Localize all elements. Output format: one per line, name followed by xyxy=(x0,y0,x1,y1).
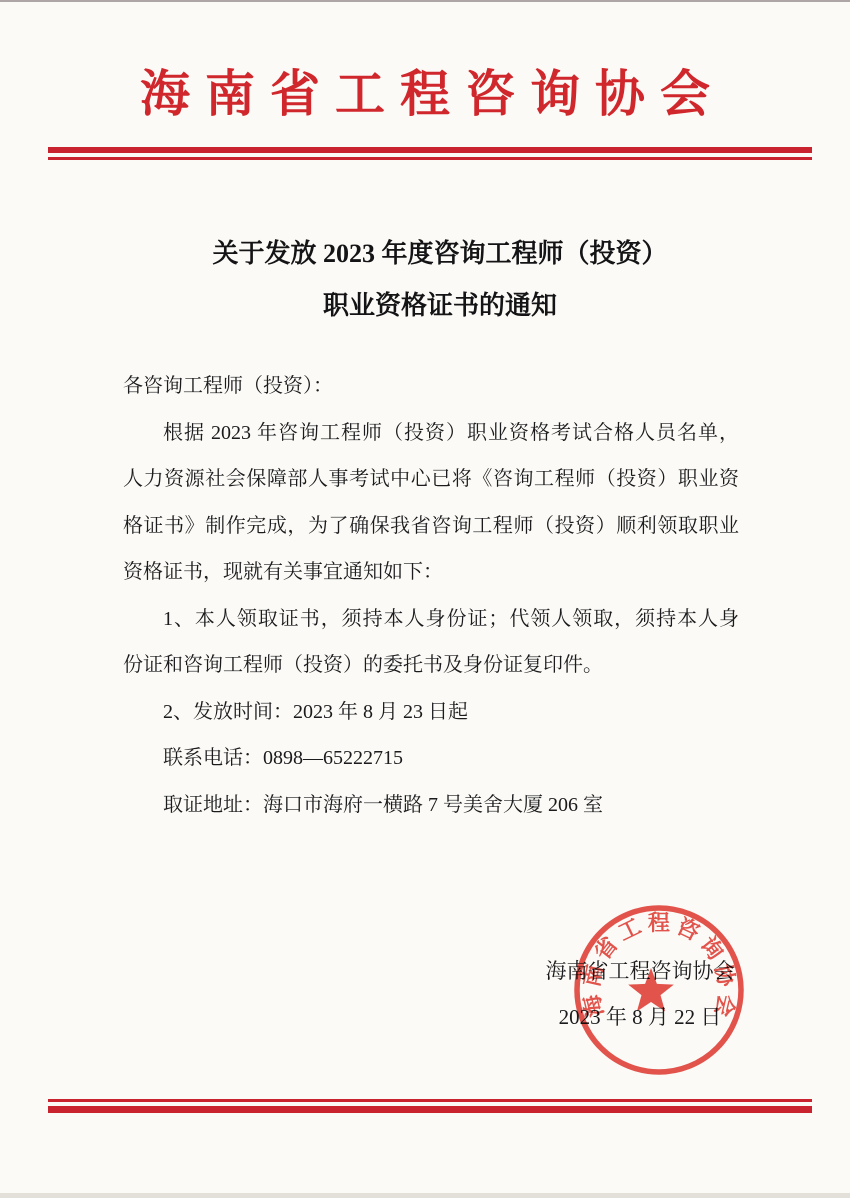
letterhead-org-name: 海南省工程咨询协会 xyxy=(0,58,850,130)
document-title-line2: 职业资格证书的通知 xyxy=(20,280,850,332)
body-line: 格证书》制作完成，为了确保我省咨询工程师（投资）顺利领取职业 xyxy=(123,503,739,550)
red-star-icon xyxy=(628,968,674,1011)
document-title-line1: 关于发放 2023 年度咨询工程师（投资） xyxy=(20,228,850,280)
scan-edge-bottom xyxy=(0,1193,850,1198)
scanned-notice-page: 海南省工程咨询协会 关于发放 2023 年度咨询工程师（投资） 职业资格证书的通… xyxy=(0,0,850,1198)
body-line: 根据 2023 年咨询工程师（投资）职业资格考试合格人员名单， xyxy=(123,410,739,457)
body-line: 资格证书，现就有关事宜通知如下： xyxy=(123,549,739,596)
body-line: 2、发放时间：2023 年 8 月 23 日起 xyxy=(123,689,739,736)
document-title: 关于发放 2023 年度咨询工程师（投资） 职业资格证书的通知 xyxy=(20,228,850,332)
body-line: 取证地址：海口市海府一横路 7 号美舍大厦 206 室 xyxy=(123,782,739,829)
body-line: 人力资源社会保障部人事考试中心已将《咨询工程师（投资）职业资 xyxy=(123,456,739,503)
scan-edge-top xyxy=(0,0,850,2)
body-text: 各咨询工程师（投资）：根据 2023 年咨询工程师（投资）职业资格考试合格人员名… xyxy=(123,363,739,828)
body-line: 各咨询工程师（投资）： xyxy=(123,363,739,410)
body-line: 联系电话：0898—65222715 xyxy=(123,735,739,782)
body-line: 1、本人领取证书，须持本人身份证；代领人领取，须持本人身 xyxy=(123,596,739,643)
body-line: 份证和咨询工程师（投资）的委托书及身份证复印件。 xyxy=(123,642,739,689)
footer-divider-rule xyxy=(48,1099,812,1113)
official-seal: 海南省工程咨询协会 xyxy=(549,880,769,1100)
letterhead-divider-rule xyxy=(48,147,812,160)
